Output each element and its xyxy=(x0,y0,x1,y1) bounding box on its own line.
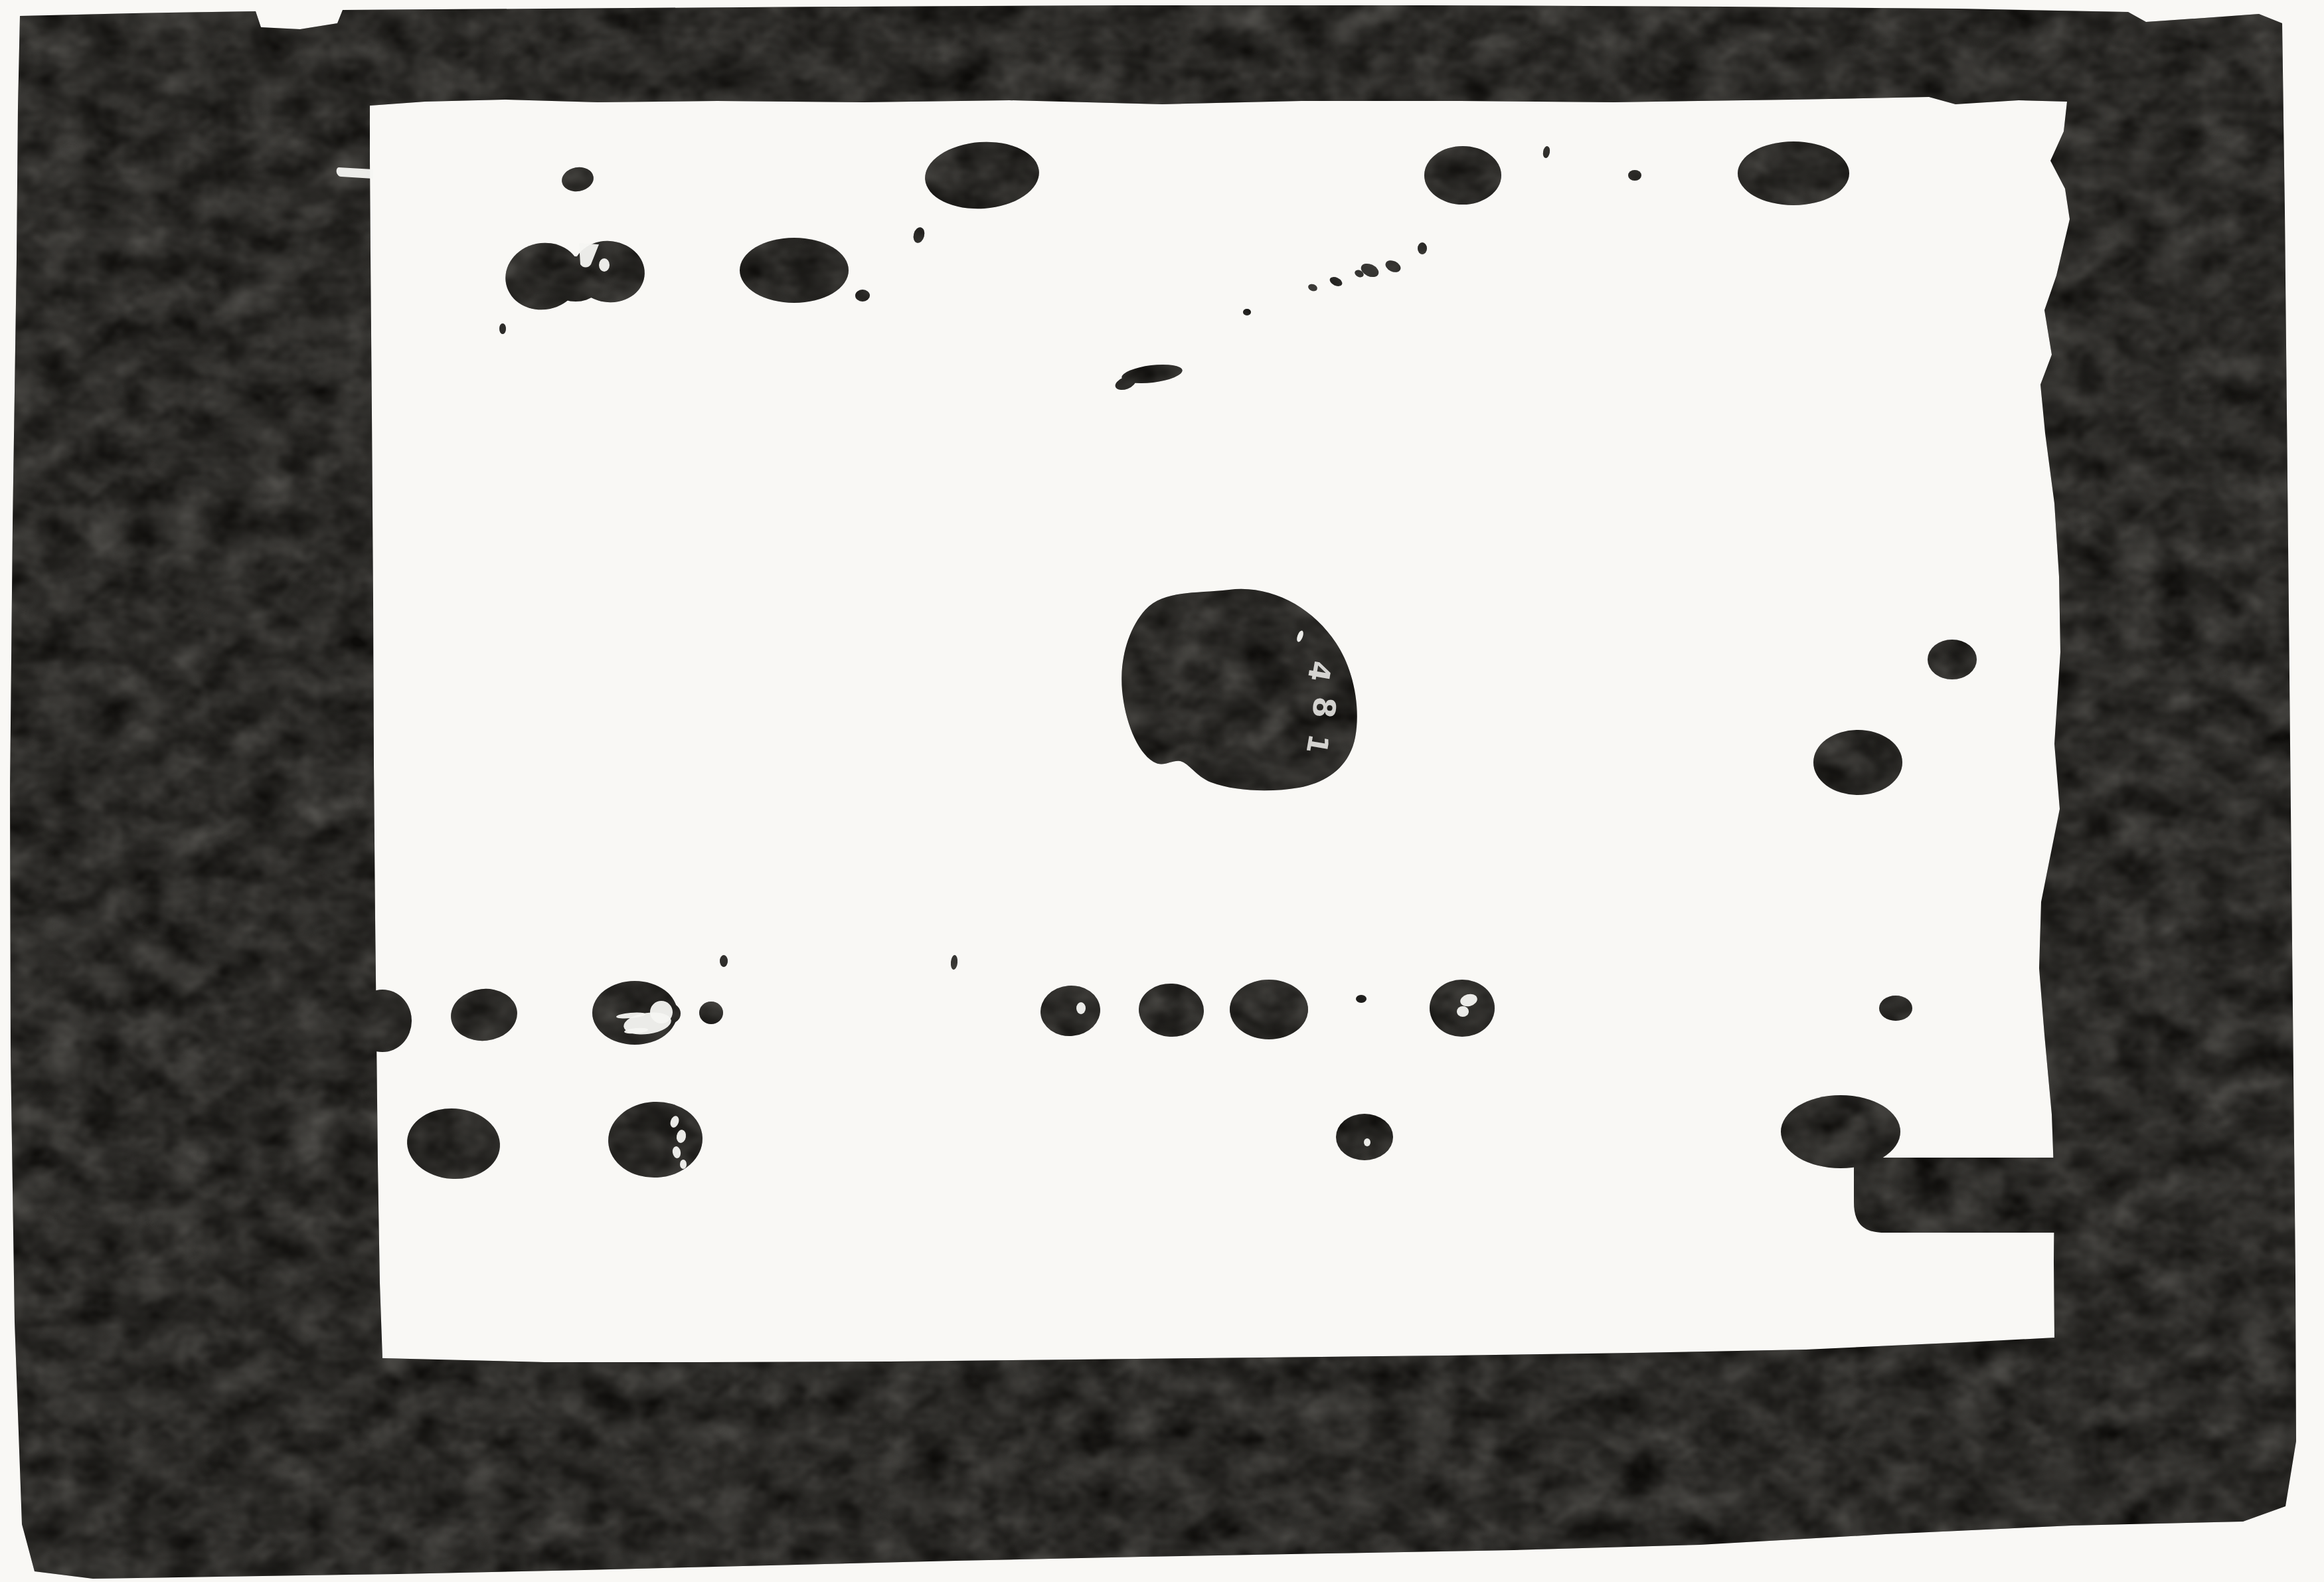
white-mark-2 xyxy=(599,258,610,272)
leather-grain-texture xyxy=(0,0,2324,1582)
scanned-ink-print: 481 xyxy=(0,0,2324,1582)
white-mark-13 xyxy=(680,1160,687,1169)
white-mark-14 xyxy=(1364,1138,1370,1146)
print-canvas: 481 xyxy=(0,0,2324,1582)
inscription-glyph-1: 8 xyxy=(1305,695,1343,720)
white-mark-9 xyxy=(1076,1002,1086,1014)
white-mark-4 xyxy=(650,1001,673,1023)
white-mark-8 xyxy=(1457,1006,1469,1017)
